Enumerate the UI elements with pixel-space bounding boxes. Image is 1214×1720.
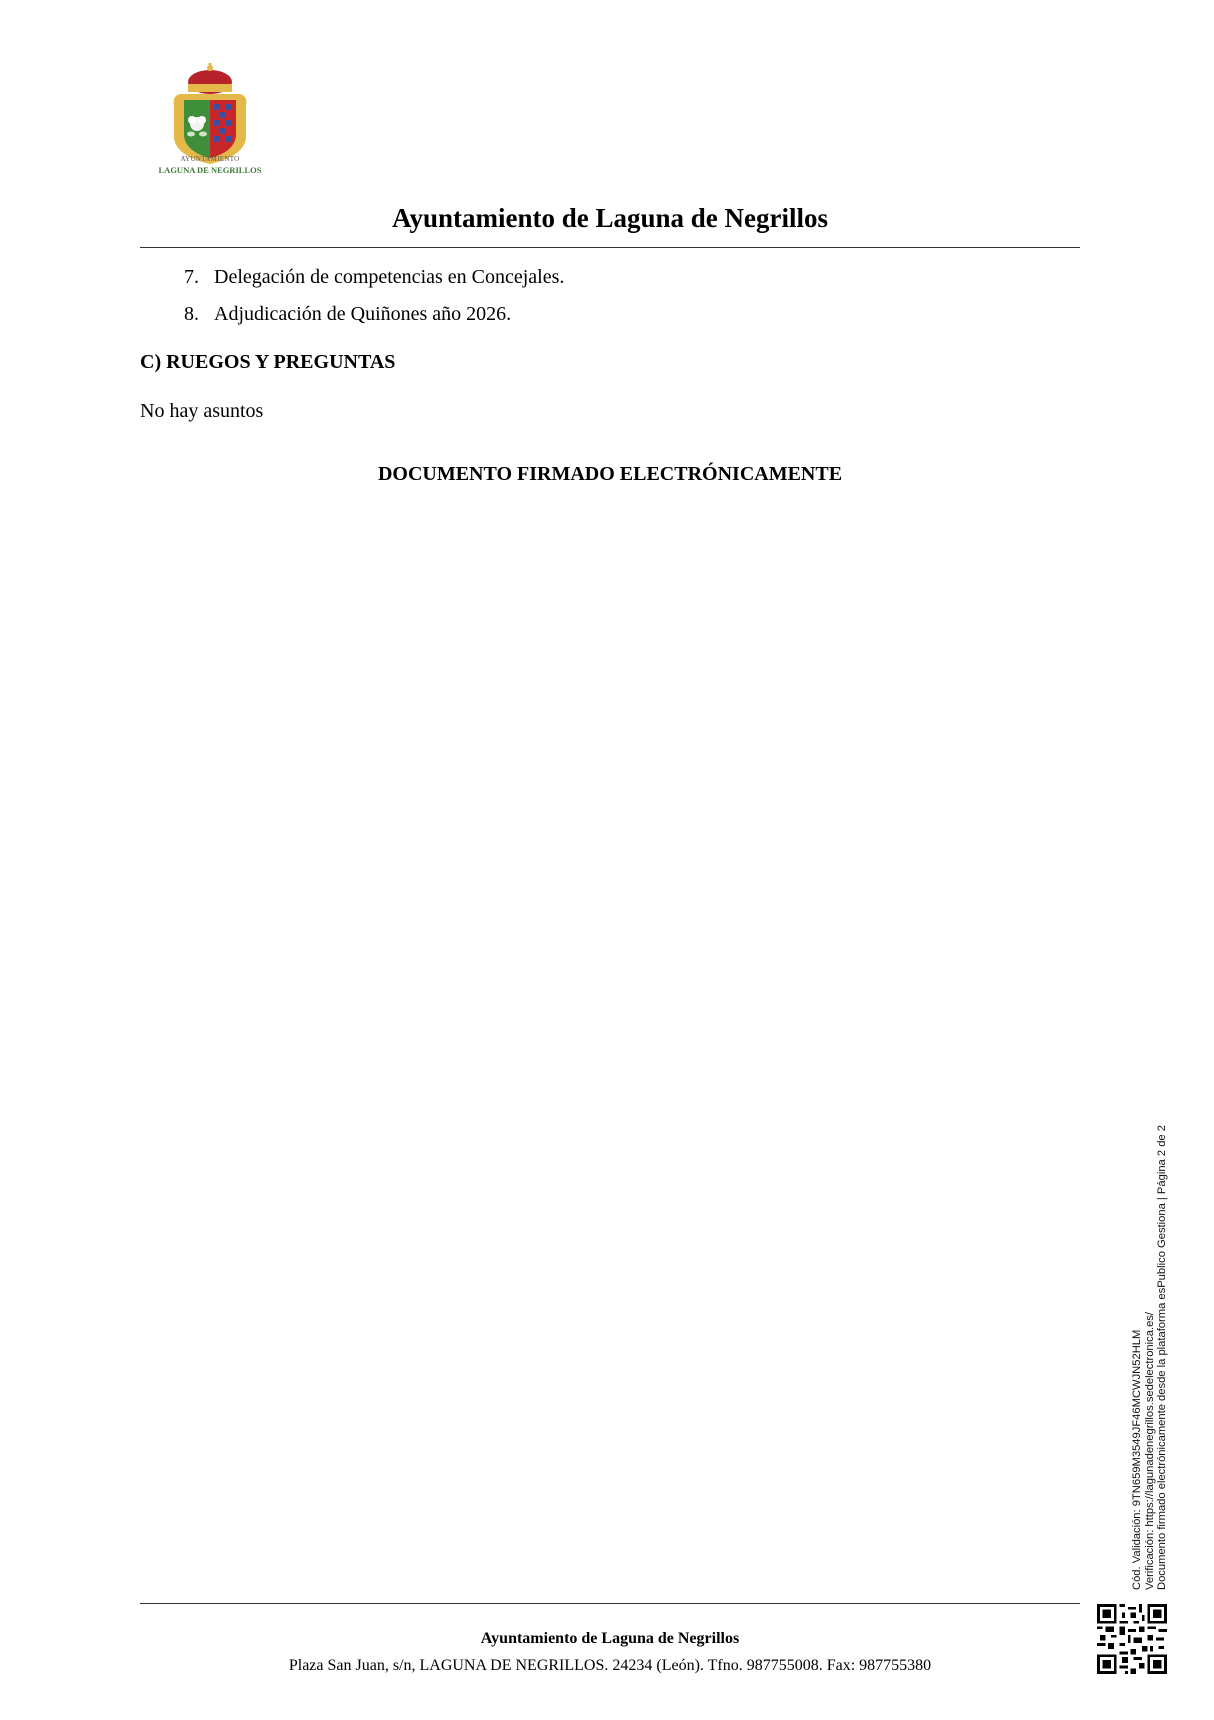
logo-caption-line2: LAGUNA DE NEGRILLOS bbox=[140, 165, 280, 175]
footer-divider bbox=[140, 1603, 1080, 1604]
signed-notice: DOCUMENTO FIRMADO ELECTRÓNICAMENTE bbox=[140, 463, 1080, 486]
page-title: Ayuntamiento de Laguna de Negrillos bbox=[140, 203, 1080, 234]
header-divider bbox=[140, 247, 1080, 248]
section-body: No hay asuntos bbox=[140, 400, 263, 423]
logo-caption-line1: AYUNTAMIENTO bbox=[140, 155, 280, 163]
list-item-text: Adjudicación de Quiñones año 2026. bbox=[214, 301, 511, 338]
footer-name: Ayuntamiento de Laguna de Negrillos bbox=[140, 1630, 1080, 1648]
list-item: 7. Delegación de competencias en Conceja… bbox=[184, 264, 564, 301]
verification-url: Verificación: https://lagunadenegrillos.… bbox=[1144, 1125, 1157, 1590]
validation-code: Cód. Validación: 9TN659M3549JF46MCWJN52H… bbox=[1131, 1125, 1144, 1590]
signature-platform-note: Documento firmado electrónicamente desde… bbox=[1156, 1125, 1169, 1590]
list-item-number: 7. bbox=[184, 264, 214, 301]
qr-code-icon[interactable] bbox=[1097, 1604, 1167, 1674]
list-item: 8. Adjudicación de Quiñones año 2026. bbox=[184, 301, 564, 338]
footer-address: Plaza San Juan, s/n, LAGUNA DE NEGRILLOS… bbox=[140, 1657, 1080, 1675]
list-item-text: Delegación de competencias en Concejales… bbox=[214, 264, 564, 301]
list-item-number: 8. bbox=[184, 301, 214, 338]
verification-text: Cód. Validación: 9TN659M3549JF46MCWJN52H… bbox=[1131, 1125, 1169, 1590]
agenda-list: 7. Delegación de competencias en Conceja… bbox=[184, 264, 564, 338]
section-heading: C) RUEGOS Y PREGUNTAS bbox=[140, 351, 395, 374]
